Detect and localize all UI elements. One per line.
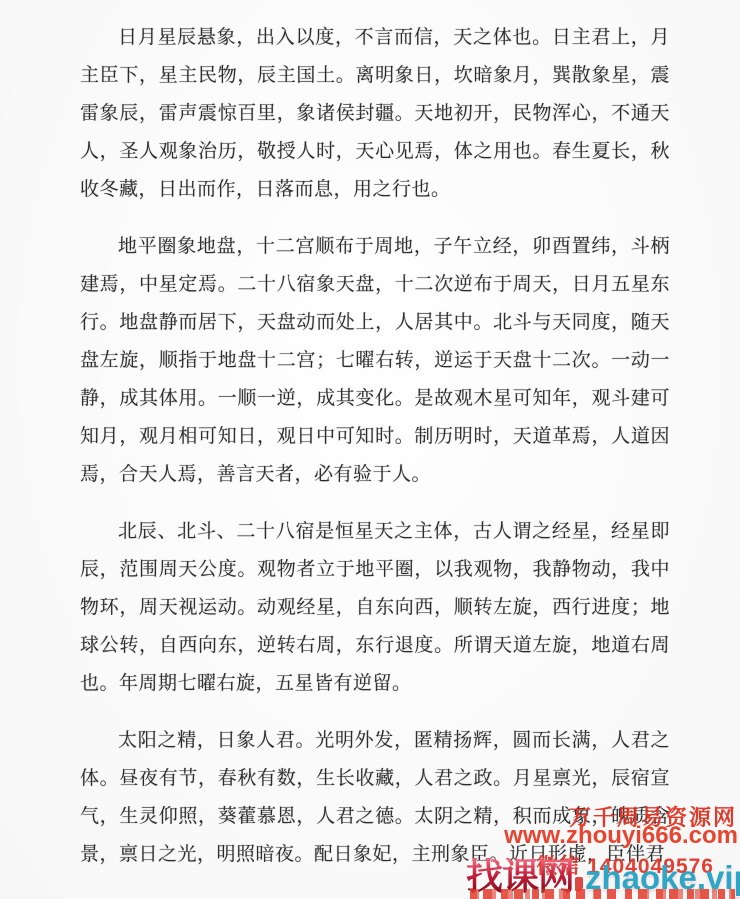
text-line: 气，生灵仰照，葵藿慕恩，人君之德。太阴之精，积而成象，魄质含 [80,798,670,836]
cutoff-red-text-fragments [470,889,735,899]
paragraph: 地平圈象地盘，十二宫顺布于周地，子午立经，卯酉置纬，斗柄 建焉，中星定焉。二十八… [80,228,670,494]
text-line: 辰，范围周天公度。观物者立于地平圈，以我观物，我静物动，我中 [80,551,670,589]
paragraph: 太阳之精，日象人君。光明外发，匿精扬辉，圆而长满，人君之 体。昼夜有节，春秋有数… [80,722,670,874]
text-line: 盘左旋，顺指于地盘十二宫；七曜右转，逆运于天盘十二次。一动一 [80,342,670,380]
text-line: 行。地盘静而居下，天盘动而处上，人居其中。北斗与天同度，随天 [80,304,670,342]
text-line: 景，禀日之光，明照暗夜。配日象妃，主刑象臣。近日形虚，臣伴君 [80,836,670,874]
text-line: 北辰、北斗、二十八宿是恒星天之主体，古人谓之经星，经星即 [80,513,670,551]
paragraph: 北辰、北斗、二十八宿是恒星天之主体，古人谓之经星，经星即 辰，范围周天公度。观物… [80,513,670,703]
text-line: 收冬藏，日出而作，日落而息，用之行也。 [80,171,670,209]
text-line: 人，圣人观象治历，敬授人时，天心见焉，体之用也。春生夏长，秋 [80,133,670,171]
text-line: 日月星辰悬象，出入以度，不言而信，天之体也。日主君上，月 [80,19,670,57]
text-line: 雷象辰，雷声震惊百里，象诸侯封疆。天地初开，民物浑心，不通天 [80,95,670,133]
text-line: 主臣下，星主民物，辰主国土。离明象日，坎暗象月，巽散象星，震 [80,57,670,95]
text-line: 球公转，自西向东，逆转右周，东行退度。所谓天道左旋，地道右周 [80,627,670,665]
text-line: 也。年周期七曜右旋，五星皆有逆留。 [80,665,670,703]
text-line: 静，成其体用。一顺一逆，成其变化。是故观木星可知年，观斗建可 [80,380,670,418]
paragraph: 日月星辰悬象，出入以度，不言而信，天之体也。日主君上，月 主臣下，星主民物，辰主… [80,19,670,209]
text-line: 焉，合天人焉，善言天者，必有验于人。 [80,456,670,494]
text-line: 地平圈象地盘，十二宫顺布于周地，子午立经，卯酉置纬，斗柄 [80,228,670,266]
document-text-block: 日月星辰悬象，出入以度，不言而信，天之体也。日主君上，月 主臣下，星主民物，辰主… [80,19,670,874]
text-line: 知月，观月相可知日，观日中可知时。制历明时，天道革焉，人道因 [80,418,670,456]
text-line: 物环，周天视运动。动观经星，自东向西，顺转左旋，西行进度；地 [80,589,670,627]
text-line: 太阳之精，日象人君。光明外发，匿精扬辉，圆而长满，人君之 [80,722,670,760]
text-line: 体。昼夜有节，春秋有数，生长收藏，人君之政。月星禀光，辰宿宣 [80,760,670,798]
scanned-document-page: 日月星辰悬象，出入以度，不言而信，天之体也。日主君上，月 主臣下，星主民物，辰主… [0,0,740,899]
text-line: 建焉，中星定焉。二十八宿象天盘，十二次逆布于周天，日月五星东 [80,266,670,304]
logo-separator-mark [575,877,583,891]
